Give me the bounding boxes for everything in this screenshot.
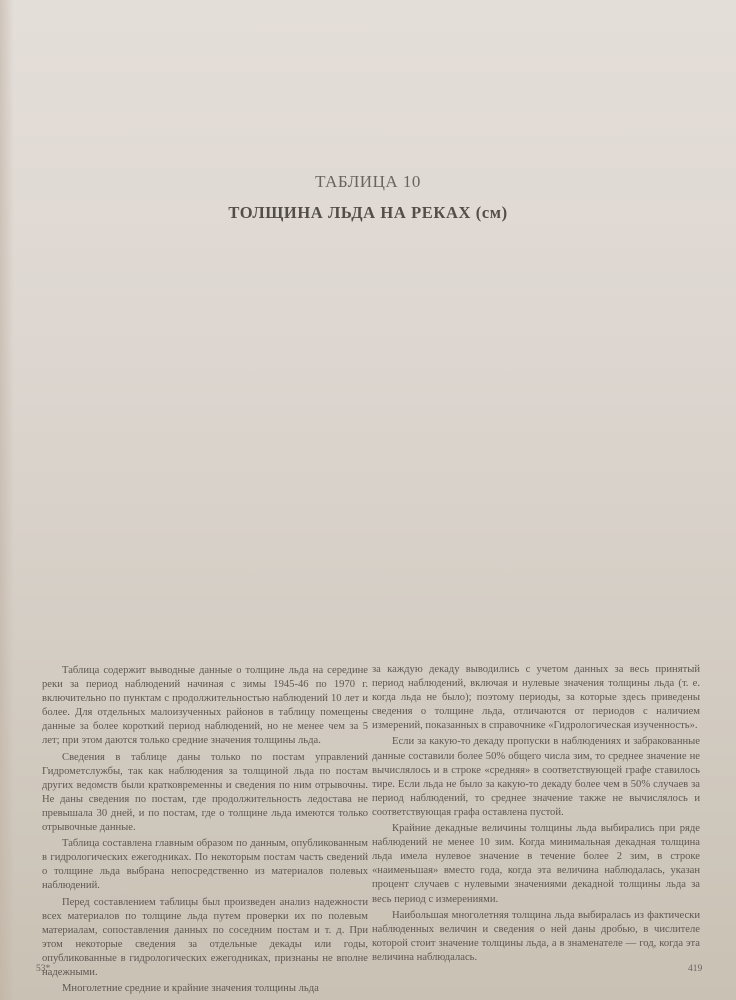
- paragraph: Таблица содержит выводные данные о толщи…: [42, 664, 368, 749]
- paragraph: Перед составлением таблицы был произведе…: [42, 896, 368, 981]
- table-title-text: ТОЛЩИНА ЛЬДА НА РЕКАХ: [228, 203, 471, 222]
- paragraph: Сведения в таблице даны только по постам…: [42, 751, 368, 836]
- table-title-unit: (см): [476, 203, 508, 222]
- left-text-column: Таблица содержит выводные данные о толщи…: [42, 664, 368, 998]
- table-title: ТОЛЩИНА ЛЬДА НА РЕКАХ (см): [0, 203, 736, 223]
- paragraph-continuation: за каждую декаду выводились с учетом дан…: [372, 663, 700, 733]
- right-text-column: за каждую декаду выводились с учетом дан…: [372, 663, 700, 967]
- paragraph: Таблица составлена главным образом по да…: [42, 837, 368, 893]
- page-number: 419: [688, 964, 702, 974]
- paragraph: Многолетние средние и крайние значения т…: [42, 982, 368, 996]
- paragraph: Крайние декадные величины толщины льда в…: [372, 822, 700, 907]
- table-label: ТАБЛИЦА 10: [0, 172, 736, 192]
- page-edge-shadow: [0, 0, 14, 1000]
- paragraph: Если за какую-то декаду пропуски в наблю…: [372, 735, 700, 820]
- paragraph: Наибольшая многолетняя толщина льда выби…: [372, 909, 700, 965]
- signature-mark: 53*: [36, 964, 50, 974]
